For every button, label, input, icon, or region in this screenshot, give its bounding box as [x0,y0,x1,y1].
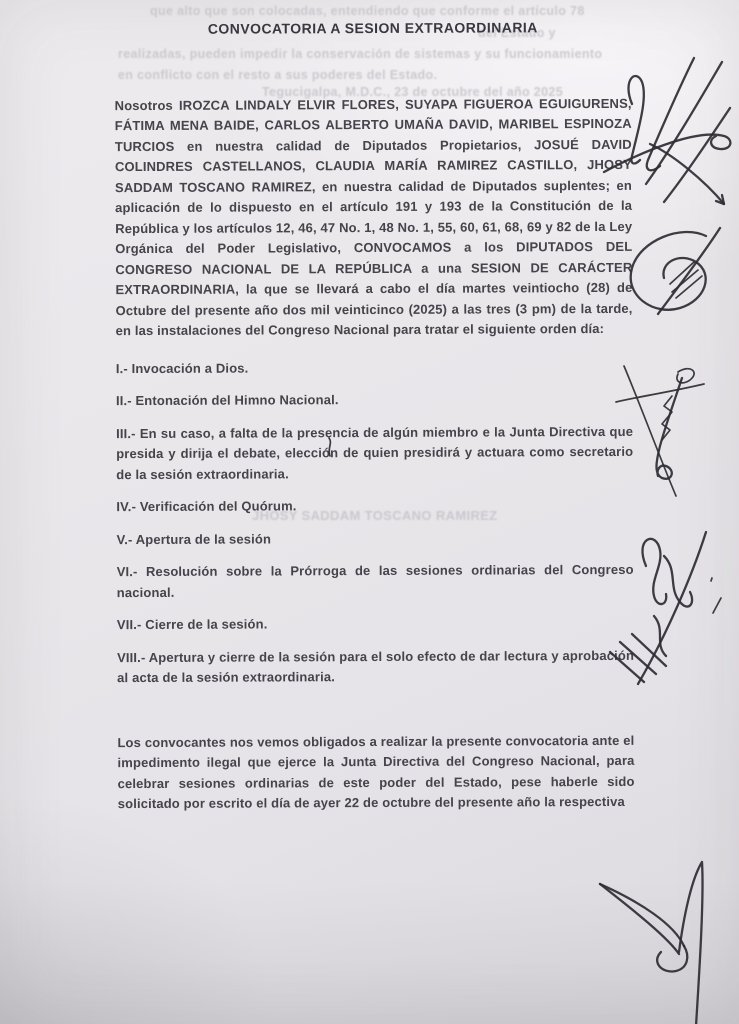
document-title: CONVOCATORIA A SESION EXTRAORDINARIA [114,17,631,40]
handwritten-signature-2 [618,222,730,322]
agenda-item-6: VI.- Resolución sobre la Prórroga de las… [117,560,634,603]
agenda-item-3: III.- En su caso, a falta de la presenci… [116,421,633,485]
agenda-item-5: V.- Apertura de la sesión [117,527,634,550]
handwritten-signature-1 [598,52,739,230]
document-page: que alto que son colocadas, entendiendo … [0,0,739,1024]
ink-mark [322,436,338,460]
document-body: CONVOCATORIA A SESION EXTRAORDINARIA Nos… [114,13,634,815]
agenda-list: I.- Invocación a Dios. II.- Entonación d… [116,356,634,688]
handwritten-signature-3 [612,362,710,502]
closing-paragraph: Los convocantes nos vemos obligados a re… [117,730,634,814]
agenda-item-8: VIII.- Apertura y cierre de la sesión pa… [117,645,634,688]
agenda-item-7: VII.- Cierre de la sesión. [117,613,634,636]
handwritten-signature-4 [594,526,738,694]
agenda-item-4: IV.- Verificación del Quórum. [116,495,633,518]
agenda-item-1: I.- Invocación a Dios. [116,356,633,379]
agenda-item-2: II.- Entonación del Himno Nacional. [116,389,633,412]
intro-paragraph: Nosotros IROZCA LINDALY ELVIR FLORES, SU… [115,93,633,341]
handwritten-signature-5 [578,852,739,1024]
